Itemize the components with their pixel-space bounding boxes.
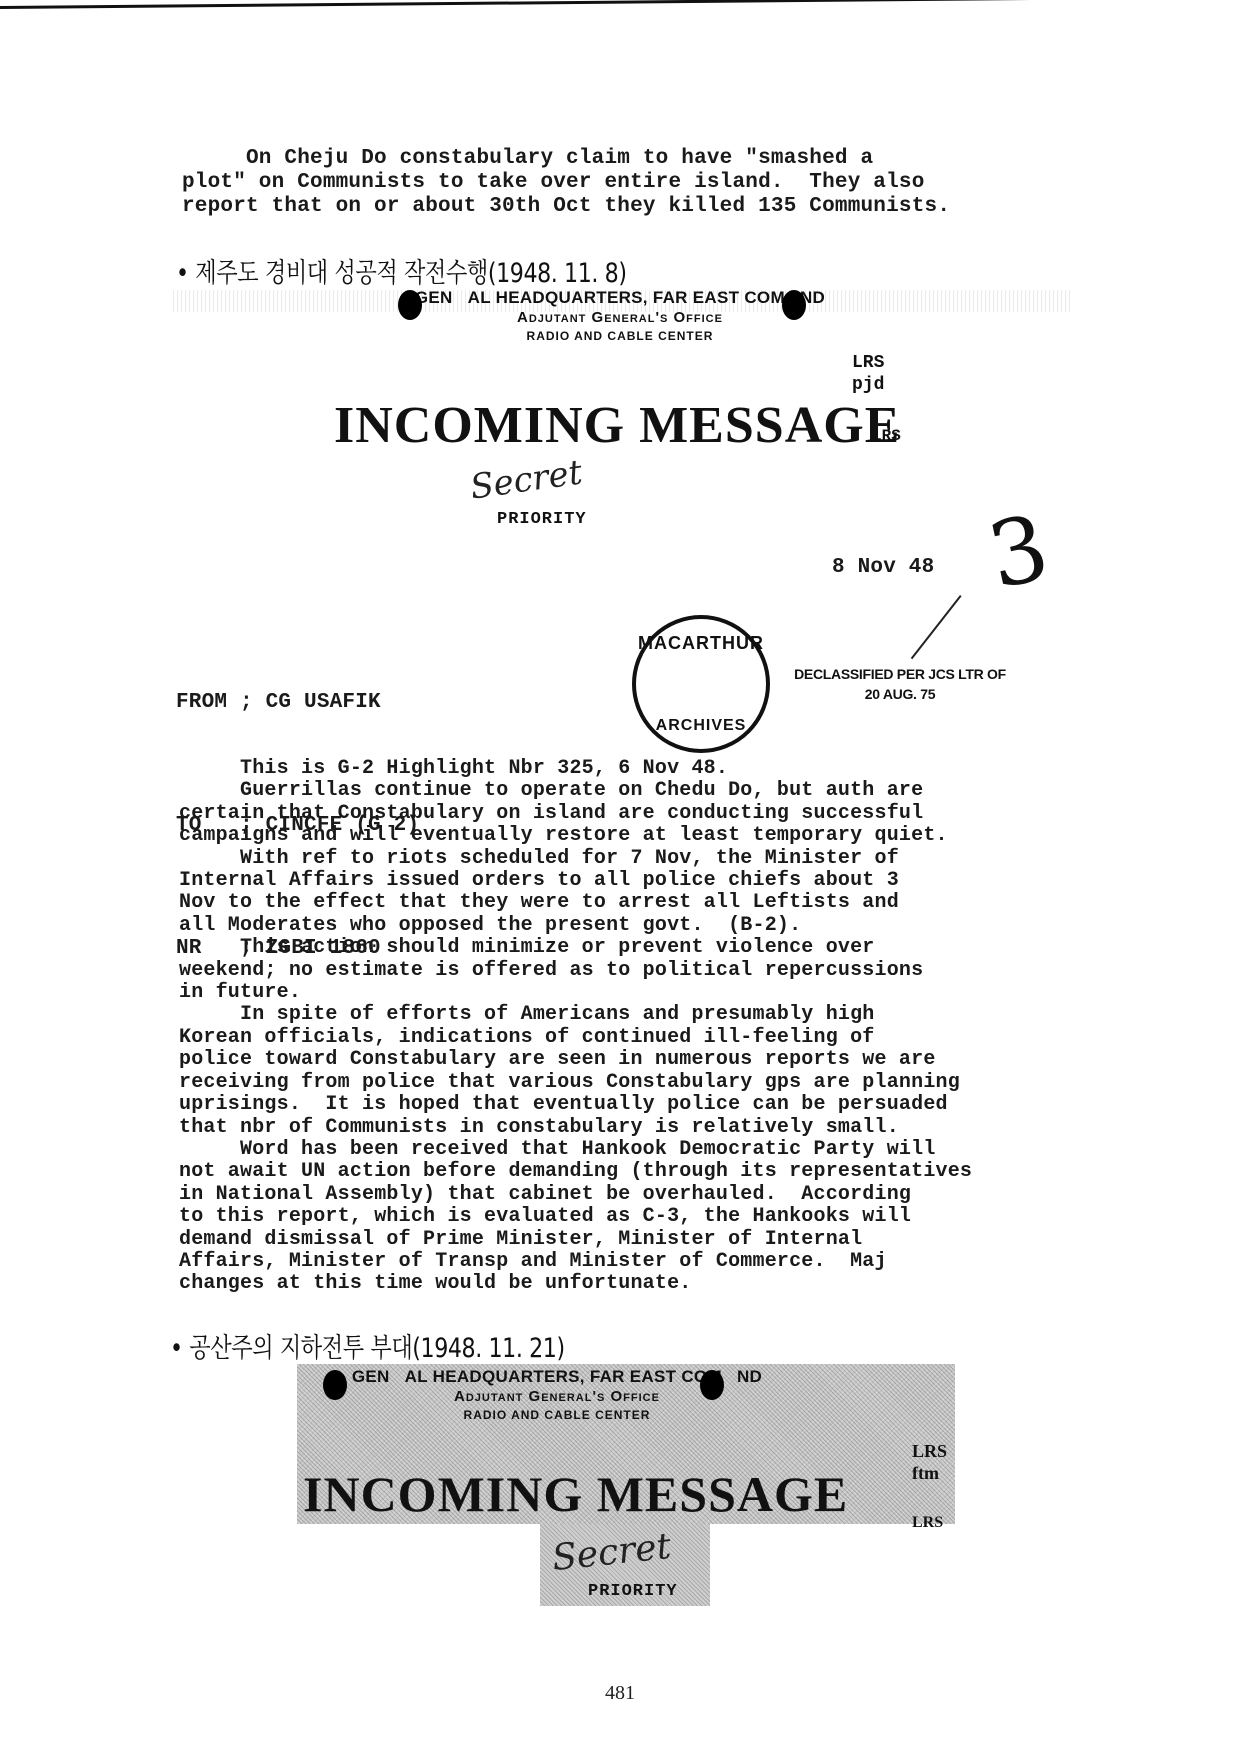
body-line: uprisings. It is hoped that eventually p…	[179, 1094, 1099, 1116]
redaction-blot	[398, 290, 422, 320]
body-line: all Moderates who opposed the present go…	[179, 915, 1099, 937]
body-line: not await UN action before demanding (th…	[179, 1161, 1099, 1183]
body-line: that nbr of Communists in constabulary i…	[179, 1117, 1099, 1139]
initials-line: LRS	[912, 1440, 947, 1462]
message-body: This is G-2 Highlight Nbr 325, 6 Nov 48.…	[179, 758, 1099, 1296]
body-line: demand dismissal of Prime Minister, Mini…	[179, 1229, 1099, 1251]
body-line: Internal Affairs issued orders to all po…	[179, 870, 1099, 892]
intro-line: plot" on Communists to take over entire …	[182, 171, 1082, 195]
body-line: in future.	[179, 982, 1099, 1004]
body-line: With ref to riots scheduled for 7 Nov, t…	[179, 848, 1099, 870]
message-date: 8 Nov 48	[832, 556, 934, 579]
body-line: Word has been received that Hankook Demo…	[179, 1139, 1099, 1161]
letterhead-org: GEN AL HEADQUARTERS, FAR EAST COM ND	[170, 288, 1070, 308]
message-title: INCOMING MESSAGE	[334, 396, 900, 455]
declassification-stamp: DECLASSIFIED PER JCS LTR OF 20 AUG. 75	[780, 664, 1020, 704]
routing-initials: LRS ftm	[912, 1440, 947, 1484]
letterhead-center: RADIO AND CABLE CENTER	[170, 329, 1070, 343]
page-number: 481	[0, 1682, 1240, 1705]
initials-line: ftm	[912, 1462, 947, 1484]
intro-paragraph: On Cheju Do constabulary claim to have "…	[182, 147, 1082, 219]
letterhead-org: GEN AL HEADQUARTERS, FAR EAST COM ND	[297, 1367, 817, 1387]
letterhead-center: RADIO AND CABLE CENTER	[297, 1408, 817, 1422]
handwritten-number: 3	[980, 495, 1058, 610]
redaction-blot	[323, 1370, 347, 1400]
letterhead-2: GEN AL HEADQUARTERS, FAR EAST COM ND Adj…	[297, 1367, 817, 1422]
priority-label: PRIORITY	[588, 1582, 678, 1601]
declass-line: 20 AUG. 75	[780, 684, 1020, 704]
body-line: police toward Constabulary are seen in n…	[179, 1049, 1099, 1071]
body-line: Nov to the effect that they were to arre…	[179, 892, 1099, 914]
handwritten-stroke	[911, 595, 962, 659]
stamp-top-text: MACARTHUR	[636, 633, 766, 654]
message-title: INCOMING MESSAGE	[303, 1465, 848, 1523]
body-line: This is G-2 Highlight Nbr 325, 6 Nov 48.	[179, 758, 1099, 780]
body-line: Guerrillas continue to operate on Chedu …	[179, 780, 1099, 802]
section-caption-2: • 공산주의 지하전투 부대(1948. 11. 21)	[170, 1326, 565, 1365]
initials-line: LRS	[852, 352, 884, 374]
priority-label: PRIORITY	[497, 510, 587, 529]
header-from: FROM ; CG USAFIK	[176, 682, 419, 723]
initials-line: pjd	[852, 374, 884, 396]
body-line: weekend; no estimate is offered as to po…	[179, 960, 1099, 982]
body-line: In spite of efforts of Americans and pre…	[179, 1004, 1099, 1026]
body-line: in National Assembly) that cabinet be ov…	[179, 1184, 1099, 1206]
body-line: This action should minimize or prevent v…	[179, 937, 1099, 959]
intro-line: On Cheju Do constabulary claim to have "…	[182, 147, 1082, 171]
field-label: FROM	[176, 691, 227, 714]
handwritten-classification: Secret	[468, 452, 585, 507]
body-line: campaigns and will eventually restore at…	[179, 825, 1099, 847]
field-value: CG USAFIK	[266, 691, 381, 714]
body-line: receiving from police that various Const…	[179, 1072, 1099, 1094]
declass-line: DECLASSIFIED PER JCS LTR OF	[780, 664, 1020, 684]
letterhead-office: Adjutant General's Office	[297, 1388, 817, 1405]
intro-line: report that on or about 30th Oct they ki…	[182, 195, 1082, 219]
routing-initials: LRS pjd	[852, 352, 884, 396]
side-initials: LRS	[912, 1514, 943, 1532]
scan-top-border	[0, 0, 1240, 9]
body-line: changes at this time would be unfortunat…	[179, 1273, 1099, 1295]
section-caption-1: • 제주도 경비대 성공적 작전수행(1948. 11. 8)	[176, 251, 627, 290]
redaction-blot	[700, 1370, 724, 1400]
body-line: Korean officials, indications of continu…	[179, 1027, 1099, 1049]
side-initials: LRS	[872, 425, 901, 447]
letterhead-office: Adjutant General's Office	[170, 309, 1070, 326]
body-line: to this report, which is evaluated as C-…	[179, 1206, 1099, 1228]
body-line: certain that Constabulary on island are …	[179, 803, 1099, 825]
body-line: Affairs, Minister of Transp and Minister…	[179, 1251, 1099, 1273]
stamp-bottom-text: ARCHIVES	[636, 717, 766, 735]
redaction-blot	[782, 290, 806, 320]
letterhead-1: GEN AL HEADQUARTERS, FAR EAST COM ND Adj…	[170, 288, 1070, 343]
macarthur-archives-stamp: MACARTHUR ARCHIVES	[632, 615, 770, 753]
